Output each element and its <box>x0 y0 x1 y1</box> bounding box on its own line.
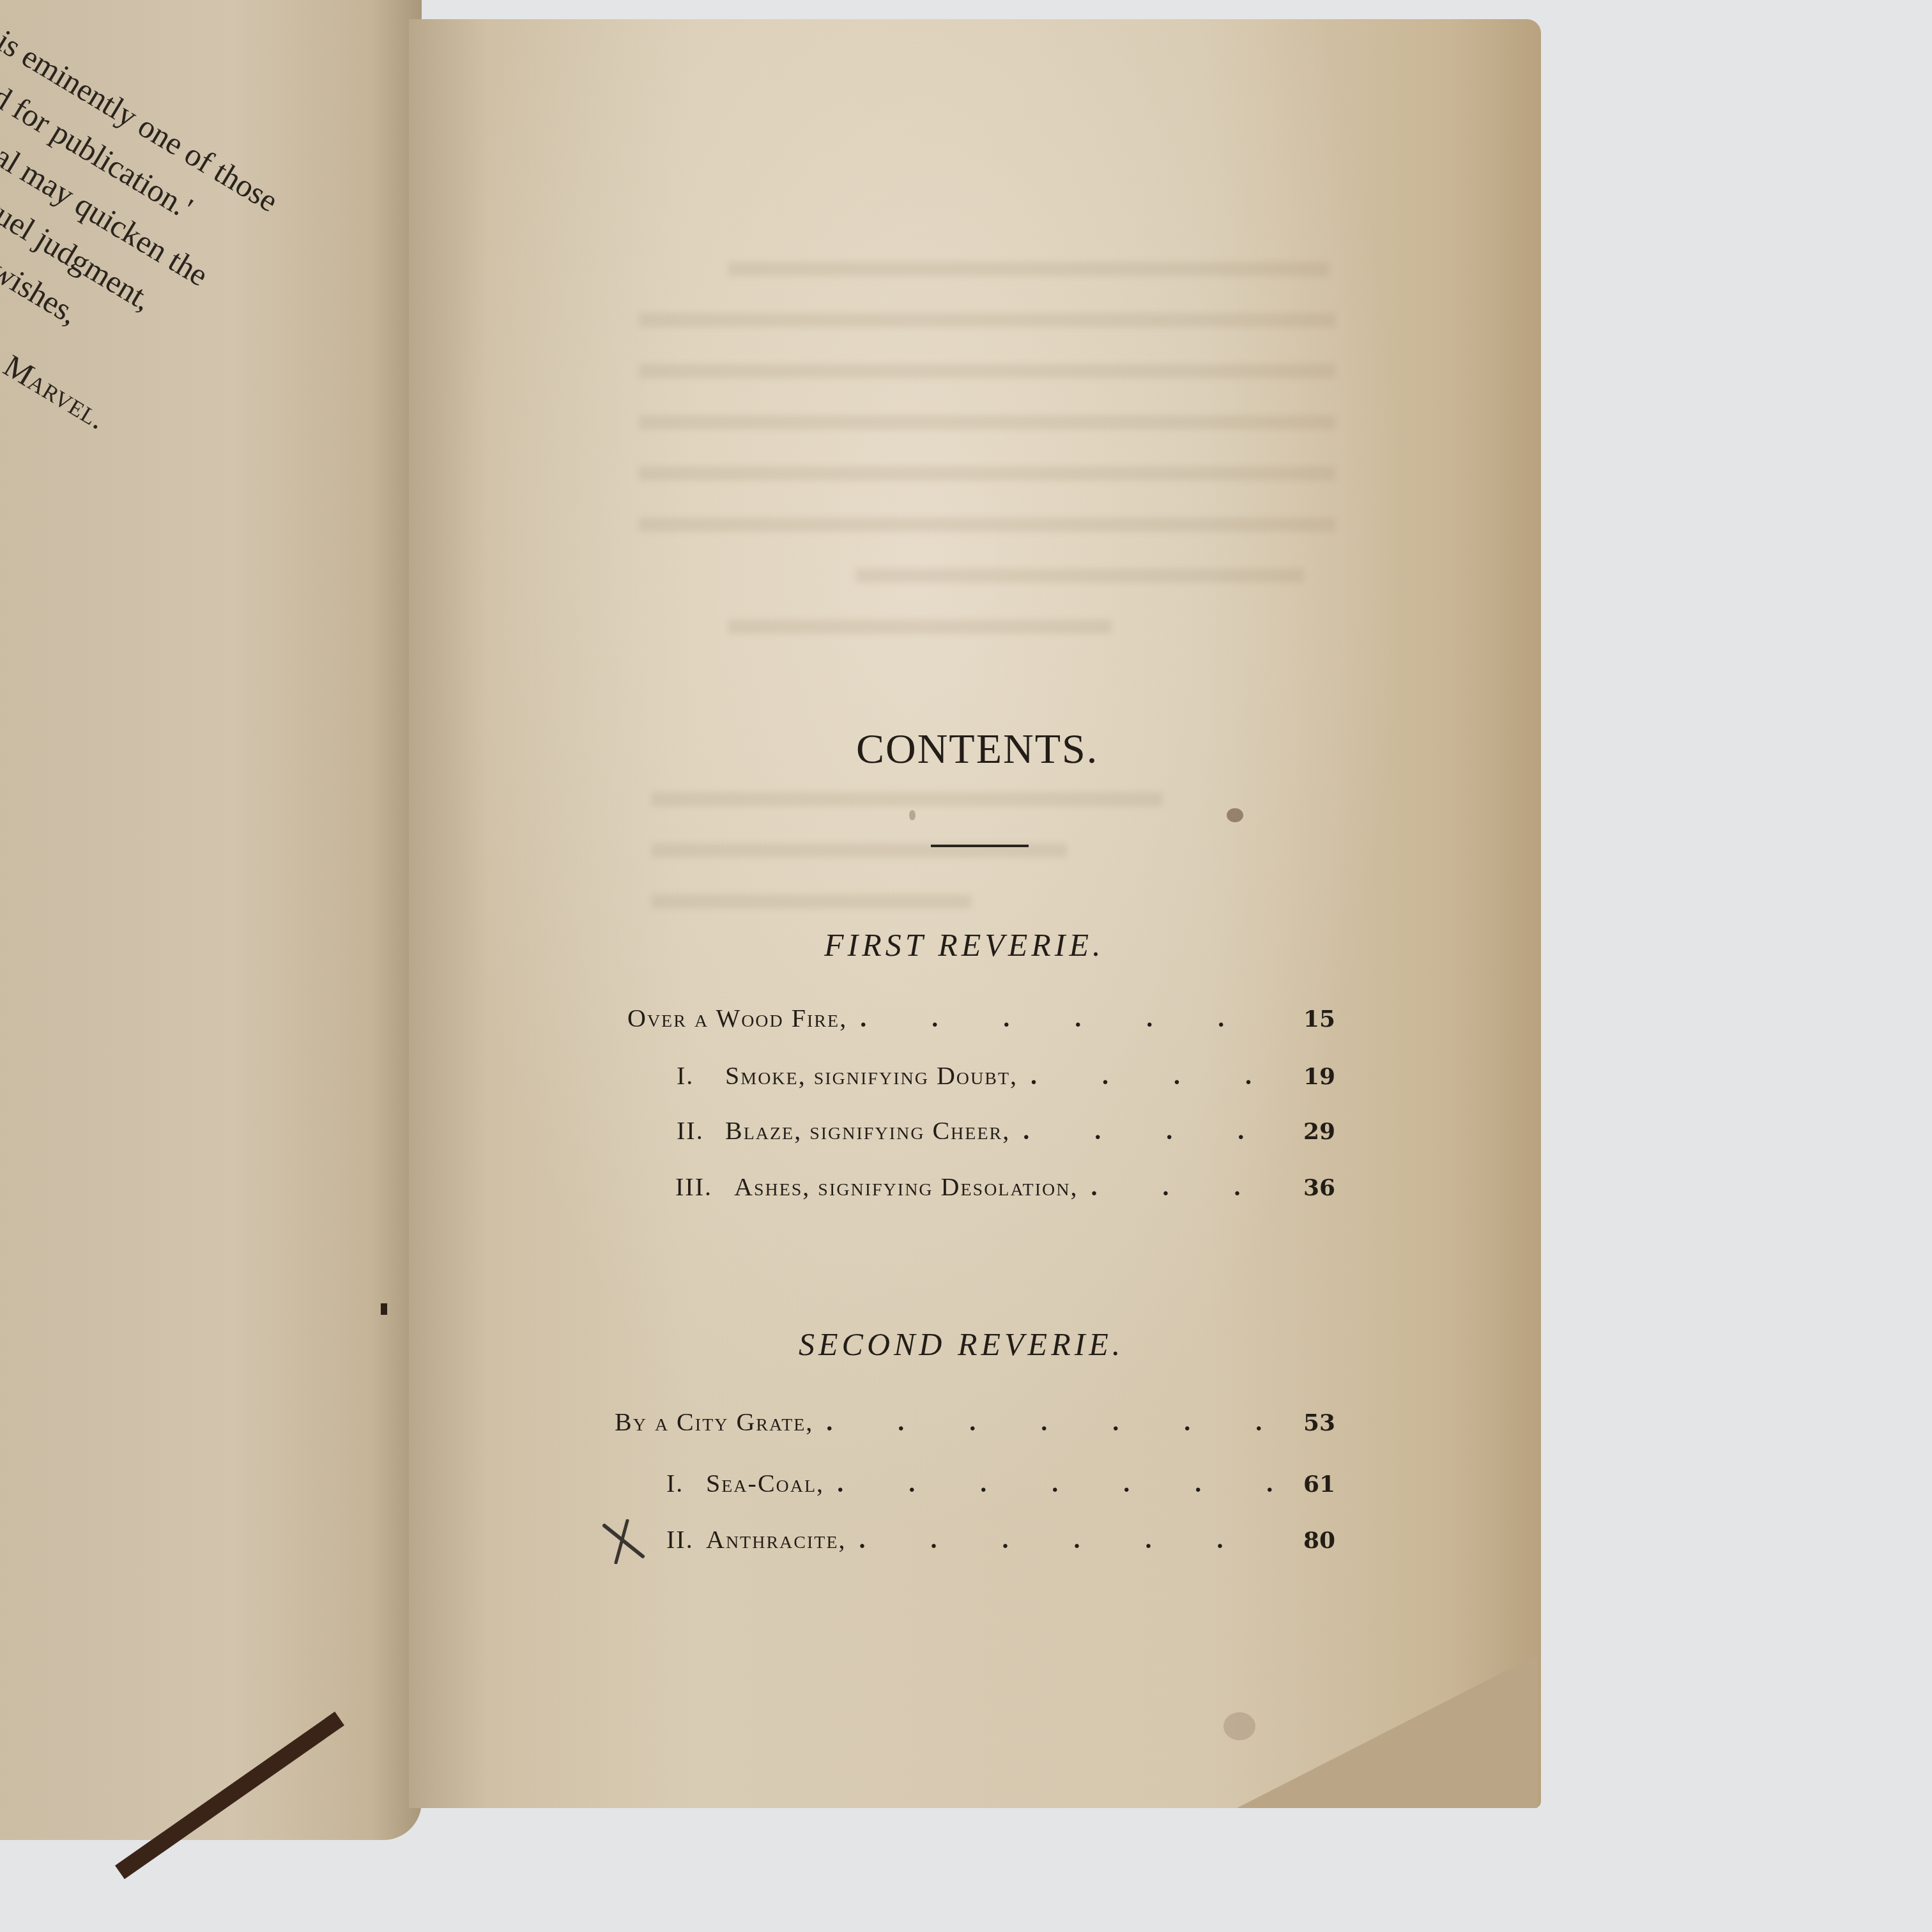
gutter-mark <box>381 1303 387 1315</box>
entry-numeral: II. <box>677 1115 721 1146</box>
dot-leader: . . . . . . . . . . . . . <box>1091 1172 1284 1202</box>
entry-label: By a City Grate, <box>615 1407 813 1437</box>
title-rule <box>931 845 1029 847</box>
dot-leader: . . . . . . . . . . . . . <box>1023 1115 1284 1146</box>
toc-entry: Over a Wood Fire, . . . . . . . . . . . … <box>409 1003 1335 1039</box>
book-photo: is eminently one of those tended for pub… <box>0 0 1932 1932</box>
dot-leader: . . . . . . . . . . . . . <box>837 1468 1284 1498</box>
page-number: 53 <box>1297 1409 1335 1436</box>
table-of-contents: CONTENTS. FIRST REVERIE. Over a Wood Fir… <box>409 19 1541 1808</box>
page-number: 15 <box>1297 1006 1335 1032</box>
entry-numeral: II. <box>666 1524 702 1554</box>
toc-entry: I. Sea-Coal, . . . . . . . . . . . . . 6… <box>409 1468 1335 1504</box>
section-title: SECOND REVERIE. <box>799 1326 1124 1363</box>
handwritten-x-mark <box>601 1519 645 1564</box>
entry-numeral: III. <box>675 1172 730 1202</box>
entry-label: Ashes, signifying Desolation, <box>734 1172 1078 1202</box>
dot-leader: . . . . . . . . . . . . . <box>826 1407 1284 1437</box>
toc-entry: By a City Grate, . . . . . . . . . . . .… <box>409 1407 1335 1443</box>
page-number: 29 <box>1297 1118 1335 1145</box>
page-number: 19 <box>1297 1063 1335 1090</box>
dot-leader: . . . . . . . . . . . . . <box>860 1003 1284 1033</box>
entry-numeral: I. <box>677 1061 721 1091</box>
toc-entry: II. Anthracite, . . . . . . . . . . . . … <box>409 1524 1335 1560</box>
right-page: CONTENTS. FIRST REVERIE. Over a Wood Fir… <box>409 19 1541 1808</box>
entry-label: Blaze, signifying Cheer, <box>725 1115 1010 1146</box>
section-title: FIRST REVERIE. <box>824 926 1105 963</box>
toc-entry: II. Blaze, signifying Cheer, . . . . . .… <box>409 1115 1335 1151</box>
toc-entry: III. Ashes, signifying Desolation, . . .… <box>409 1172 1335 1207</box>
dot-leader: . . . . . . . . . . . . . <box>1031 1061 1284 1091</box>
page-number: 80 <box>1297 1527 1335 1554</box>
page-number: 61 <box>1297 1471 1335 1498</box>
entry-numeral: I. <box>666 1468 702 1498</box>
page-title: CONTENTS. <box>856 725 1239 774</box>
entry-label: Anthracite, <box>706 1524 847 1554</box>
toc-entry: I. Smoke, signifying Doubt, . . . . . . … <box>409 1061 1335 1096</box>
page-number: 36 <box>1297 1174 1335 1201</box>
entry-label: Sea-Coal, <box>706 1468 824 1498</box>
dedication-text: is eminently one of those tended for pub… <box>0 0 325 482</box>
entry-label: Over a Wood Fire, <box>627 1003 847 1033</box>
entry-label: Smoke, signifying Doubt, <box>725 1061 1018 1091</box>
left-page: is eminently one of those tended for pub… <box>0 0 422 1840</box>
dot-leader: . . . . . . . . . . . . . <box>859 1524 1284 1554</box>
